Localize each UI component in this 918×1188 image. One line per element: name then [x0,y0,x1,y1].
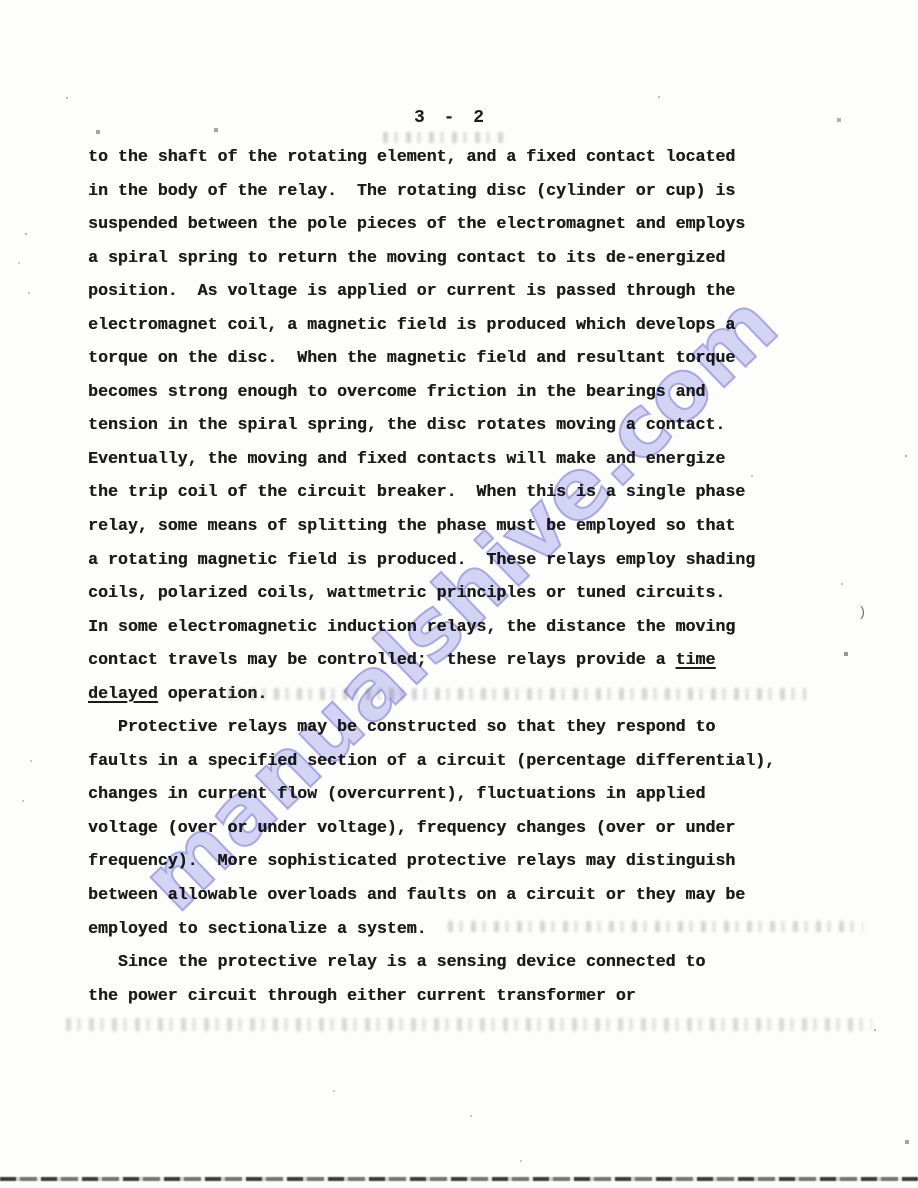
text-line: a spiral spring to return the moving con… [88,241,828,275]
scanned-document-page: 3 - 2 to the shaft of the rotating eleme… [0,0,918,1188]
text-line: frequency). More sophisticated protectiv… [88,844,828,878]
text-line: Since the protective relay is a sensing … [88,945,828,979]
text-segment: tension in the spiral spring, the disc r… [88,415,725,434]
text-segment: in the body of the relay. The rotating d… [88,181,735,200]
text-line: position. As voltage is applied or curre… [88,274,828,308]
text-line: Protective relays may be constructed so … [88,710,828,744]
text-segment: between allowable overloads and faults o… [88,885,745,904]
text-segment: Eventually, the moving and fixed contact… [88,449,725,468]
text-line: tension in the spiral spring, the disc r… [88,408,828,442]
text-segment: voltage (over or under voltage), frequen… [88,818,735,837]
underlined-text: time [676,650,716,669]
scan-smudge [383,132,505,143]
text-line: relay, some means of splitting the phase… [88,509,828,543]
scan-smudge [448,921,863,932]
text-line: to the shaft of the rotating element, an… [88,140,828,174]
text-segment: employed to sectionalize a system. [88,919,427,938]
text-line: in the body of the relay. The rotating d… [88,174,828,208]
underlined-text: delayed [88,684,158,703]
text-line: Eventually, the moving and fixed contact… [88,442,828,476]
text-segment: In some electromagnetic induction relays… [88,617,735,636]
text-segment: Protective relays may be constructed so … [88,717,715,736]
text-line: changes in current flow (overcurrent), f… [88,777,828,811]
text-segment: changes in current flow (overcurrent), f… [88,784,705,803]
text-segment: relay, some means of splitting the phase… [88,516,735,535]
text-segment: faults in a specified section of a circu… [88,751,775,770]
text-segment: the power circuit through either current… [88,986,636,1005]
text-segment: becomes strong enough to overcome fricti… [88,382,705,401]
text-line: the power circuit through either current… [88,979,828,1013]
scan-edge-line [0,1177,918,1181]
text-segment: position. As voltage is applied or curre… [88,281,735,300]
text-line: faults in a specified section of a circu… [88,744,828,778]
text-line: coils, polarized coils, wattmetric princ… [88,576,828,610]
text-line: torque on the disc. When the magnetic fi… [88,341,828,375]
text-segment: a rotating magnetic field is produced. T… [88,550,755,569]
page-number: 3 - 2 [414,108,488,128]
text-segment: frequency). More sophisticated protectiv… [88,851,735,870]
text-segment: suspended between the pole pieces of the… [88,214,745,233]
text-segment: the trip coil of the circuit breaker. Wh… [88,482,745,501]
text-line: voltage (over or under voltage), frequen… [88,811,828,845]
text-segment: torque on the disc. When the magnetic fi… [88,348,735,367]
text-line: a rotating magnetic field is produced. T… [88,543,828,577]
stray-mark: ) [858,605,866,621]
text-line: suspended between the pole pieces of the… [88,207,828,241]
text-line: electromagnet coil, a magnetic field is … [88,308,828,342]
text-line: the trip coil of the circuit breaker. Wh… [88,475,828,509]
text-segment: electromagnet coil, a magnetic field is … [88,315,735,334]
text-line: In some electromagnetic induction relays… [88,610,828,644]
text-segment: to the shaft of the rotating element, an… [88,147,735,166]
text-segment: contact travels may be controlled; these… [88,650,676,669]
scan-smudge [228,688,806,700]
scan-smudge [66,1018,872,1031]
text-segment: Since the protective relay is a sensing … [88,952,705,971]
scan-noise-specks [0,0,2,2]
text-segment: a spiral spring to return the moving con… [88,248,725,267]
text-segment: coils, polarized coils, wattmetric princ… [88,583,725,602]
body-text: to the shaft of the rotating element, an… [88,140,828,1012]
text-line: contact travels may be controlled; these… [88,643,828,677]
text-line: becomes strong enough to overcome fricti… [88,375,828,409]
text-line: between allowable overloads and faults o… [88,878,828,912]
